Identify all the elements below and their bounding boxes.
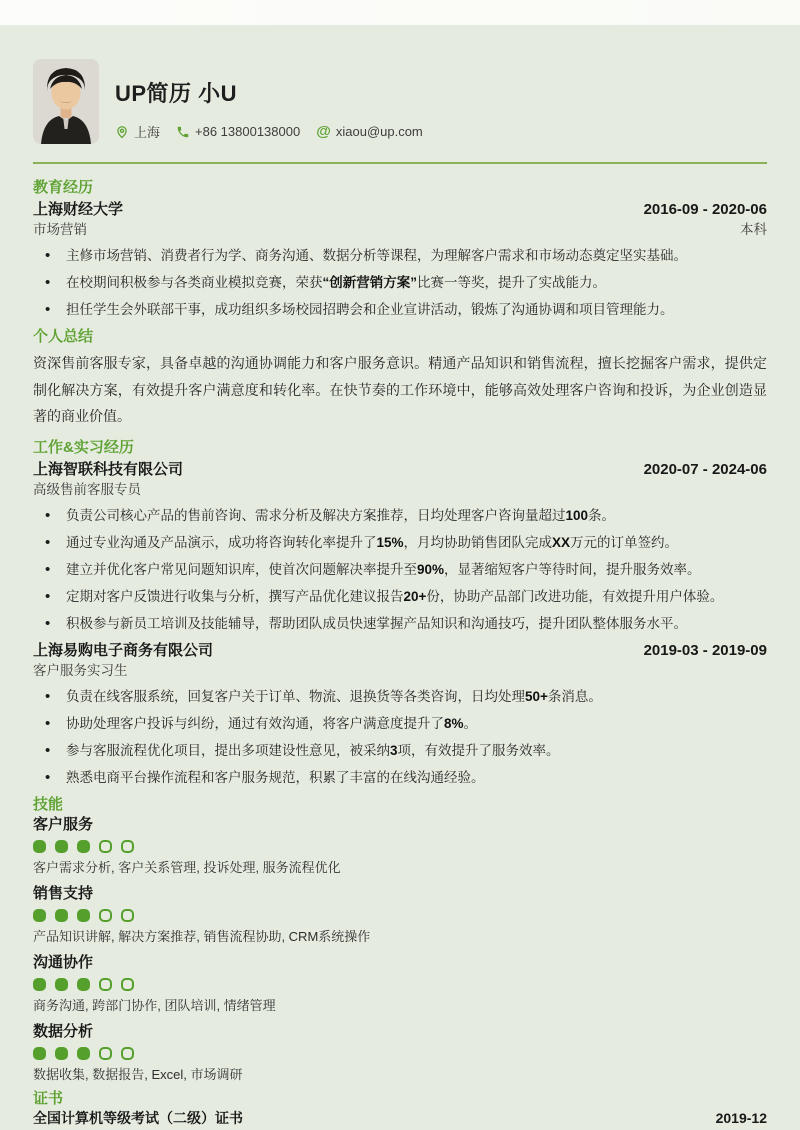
bullet-item: 建立并优化客户常见问题知识库，使首次问题解决率提升至90%，显著缩短客户等待时间… xyxy=(33,560,767,579)
skill-dot-filled xyxy=(33,1047,46,1060)
education-dates: 2016-09 - 2020-06 xyxy=(644,200,767,219)
bold-seg: XX xyxy=(552,535,570,550)
skill-dot-filled xyxy=(77,1047,90,1060)
phone-text: +86 13800138000 xyxy=(195,124,300,139)
job-dates: 2019-03 - 2019-09 xyxy=(644,641,767,660)
skill-dot-filled xyxy=(33,909,46,922)
section-title-certificates: 证书 xyxy=(33,1090,767,1108)
skill-dot-filled xyxy=(33,978,46,991)
contact-row: 上海 +86 13800138000 @ xiaou@up.com xyxy=(115,122,423,141)
text-seg: 参与客服流程优化项目，提出多项建设性意见，被采纳 xyxy=(66,743,390,758)
phone-icon xyxy=(176,125,190,139)
job-dates: 2020-07 - 2024-06 xyxy=(644,460,767,479)
text-seg: 份，协助产品部门改进功能，有效提升用户体验。 xyxy=(426,589,723,604)
skill-level-indicator xyxy=(33,1047,767,1060)
bold-seg: “创新营销方案” xyxy=(323,275,418,290)
bold-seg: 50+ xyxy=(525,689,548,704)
skill-dot-empty xyxy=(99,909,112,922)
bullet-item: 参与客服流程优化项目，提出多项建设性意见，被采纳3项，有效提升了服务效率。 xyxy=(33,741,767,760)
skill-item: 客户服务 客户需求分析, 客户关系管理, 投诉处理, 服务流程优化 xyxy=(33,816,767,876)
profile-photo-illustration xyxy=(33,59,99,144)
education-entry-row: 上海财经大学 2016-09 - 2020-06 xyxy=(33,200,767,219)
skill-dot-empty xyxy=(121,978,134,991)
text-seg: 建立并优化客户常见问题知识库，使首次问题解决率提升至 xyxy=(66,562,417,577)
text-seg: 负责公司核心产品的售前咨询、需求分析及解决方案推荐，日均处理客户咨询量超过 xyxy=(66,508,566,523)
text-seg: 通过专业沟通及产品演示，成功将咨询转化率提升了 xyxy=(66,535,377,550)
skill-dot-empty xyxy=(99,978,112,991)
bold-seg: 90% xyxy=(417,562,444,577)
certificate-entry: 全国计算机等级考试（二级）证书 2019-12 xyxy=(33,1109,767,1128)
summary-section: 个人总结 资深售前客服专家，具备卓越的沟通协调能力和客户服务意识。精通产品知识和… xyxy=(33,328,767,430)
certificate-name: 全国计算机等级考试（二级）证书 xyxy=(33,1109,243,1128)
skill-dot-filled xyxy=(55,909,68,922)
text-seg: 负责在线客服系统，回复客户关于订单、物流、退换货等各类咨询，日均处理 xyxy=(66,689,525,704)
skill-dot-empty xyxy=(121,909,134,922)
text-seg: 协助处理客户投诉与纠纷，通过有效沟通，将客户满意度提升了 xyxy=(66,716,444,731)
education-bullets: 主修市场营销、消费者行为学、商务沟通、数据分析等课程，为理解客户需求和市场动态奠… xyxy=(33,246,767,319)
page-top-strip xyxy=(0,0,800,25)
skill-dot-empty xyxy=(99,1047,112,1060)
company-name: 上海智联科技有限公司 xyxy=(33,460,183,479)
text-seg: 担任学生会外联部干事，成功组织多场校园招聘会和企业宣讲活动，锻炼了沟通协调和项目… xyxy=(66,302,674,317)
skill-item: 沟通协作 商务沟通, 跨部门协作, 团队培训, 情绪管理 xyxy=(33,954,767,1014)
bold-seg: 8% xyxy=(444,716,464,731)
text-seg: 主修市场营销、消费者行为学、商务沟通、数据分析等课程，为理解客户需求和市场动态奠… xyxy=(66,248,687,263)
skill-dot-empty xyxy=(121,840,134,853)
education-sub-row: 市场营销 本科 xyxy=(33,221,767,238)
skill-keywords: 数据收集, 数据报告, Excel, 市场调研 xyxy=(33,1066,767,1083)
skill-dot-empty xyxy=(121,1047,134,1060)
resume-page: UP简历 小U 上海 xyxy=(0,59,800,1128)
experience-section: 工作&实习经历 上海智联科技有限公司 2020-07 - 2024-06 高级售… xyxy=(33,439,767,787)
header-text-block: UP简历 小U 上海 xyxy=(115,59,423,141)
skill-dot-filled xyxy=(77,909,90,922)
job-entry-row: 上海智联科技有限公司 2020-07 - 2024-06 xyxy=(33,460,767,479)
header-divider xyxy=(33,162,767,164)
skill-level-indicator xyxy=(33,909,767,922)
skill-item: 销售支持 产品知识讲解, 解决方案推荐, 销售流程协助, CRM系统操作 xyxy=(33,885,767,945)
bold-seg: 100 xyxy=(566,508,589,523)
bold-seg: 15% xyxy=(377,535,404,550)
skill-name: 客户服务 xyxy=(33,816,767,834)
skill-keywords: 客户需求分析, 客户关系管理, 投诉处理, 服务流程优化 xyxy=(33,859,767,876)
job-bullets: 负责在线客服系统，回复客户关于订单、物流、退换货等各类咨询，日均处理50+条消息… xyxy=(33,687,767,787)
section-title-summary: 个人总结 xyxy=(33,328,767,346)
school-name: 上海财经大学 xyxy=(33,200,123,219)
skills-section: 技能 客户服务 客户需求分析, 客户关系管理, 投诉处理, 服务流程优化 销售支… xyxy=(33,796,767,1083)
skill-dot-filled xyxy=(55,1047,68,1060)
skill-item: 数据分析 数据收集, 数据报告, Excel, 市场调研 xyxy=(33,1023,767,1083)
skill-dot-empty xyxy=(99,840,112,853)
bullet-item: 负责公司核心产品的售前咨询、需求分析及解决方案推荐，日均处理客户咨询量超过100… xyxy=(33,506,767,525)
section-title-education: 教育经历 xyxy=(33,179,767,197)
skill-dot-filled xyxy=(77,840,90,853)
location-text: 上海 xyxy=(134,122,160,141)
skill-level-indicator xyxy=(33,840,767,853)
company-name: 上海易购电子商务有限公司 xyxy=(33,641,213,660)
job-role: 高级售前客服专员 xyxy=(33,481,767,498)
resume-header: UP简历 小U 上海 xyxy=(33,59,767,144)
bullet-item: 协助处理客户投诉与纠纷，通过有效沟通，将客户满意度提升了8%。 xyxy=(33,714,767,733)
contact-phone: +86 13800138000 xyxy=(176,124,300,139)
text-seg: 熟悉电商平台操作流程和客户服务规范，积累了丰富的在线沟通经验。 xyxy=(66,770,485,785)
major: 市场营销 xyxy=(33,221,87,238)
bullet-item: 积极参与新员工培训及技能辅导，帮助团队成员快速掌握产品知识和沟通技巧，提升团队整… xyxy=(33,614,767,633)
contact-email: @ xiaou@up.com xyxy=(316,124,423,139)
skill-name: 销售支持 xyxy=(33,885,767,903)
job-entry-row: 上海易购电子商务有限公司 2019-03 - 2019-09 xyxy=(33,641,767,660)
bullet-item: 在校期间积极参与各类商业模拟竞赛，荣获“创新营销方案”比赛一等奖，提升了实战能力… xyxy=(33,273,767,292)
pin-icon xyxy=(115,125,129,139)
certificate-date: 2019-12 xyxy=(716,1109,767,1128)
section-title-skills: 技能 xyxy=(33,796,767,814)
skill-dot-filled xyxy=(55,978,68,991)
skill-dot-filled xyxy=(55,840,68,853)
skill-dot-filled xyxy=(77,978,90,991)
bullet-item: 通过专业沟通及产品演示，成功将咨询转化率提升了15%，月均协助销售团队完成XX万… xyxy=(33,533,767,552)
section-title-experience: 工作&实习经历 xyxy=(33,439,767,457)
job-entry: 上海智联科技有限公司 2020-07 - 2024-06 高级售前客服专员 负责… xyxy=(33,460,767,633)
skill-keywords: 产品知识讲解, 解决方案推荐, 销售流程协助, CRM系统操作 xyxy=(33,928,767,945)
text-seg: 条。 xyxy=(588,508,615,523)
skill-dot-filled xyxy=(33,840,46,853)
degree: 本科 xyxy=(740,221,767,238)
job-entry: 上海易购电子商务有限公司 2019-03 - 2019-09 客户服务实习生 负… xyxy=(33,641,767,787)
certificates-section: 证书 全国计算机等级考试（二级）证书 2019-12 xyxy=(33,1090,767,1128)
bullet-item: 主修市场营销、消费者行为学、商务沟通、数据分析等课程，为理解客户需求和市场动态奠… xyxy=(33,246,767,265)
bullet-item: 定期对客户反馈进行收集与分析，撰写产品优化建议报告20+份，协助产品部门改进功能… xyxy=(33,587,767,606)
education-section: 教育经历 上海财经大学 2016-09 - 2020-06 市场营销 本科 主修… xyxy=(33,179,767,319)
candidate-name: UP简历 小U xyxy=(115,77,423,108)
bullet-item: 担任学生会外联部干事，成功组织多场校园招聘会和企业宣讲活动，锻炼了沟通协调和项目… xyxy=(33,300,767,319)
text-seg: 比赛一等奖，提升了实战能力。 xyxy=(417,275,606,290)
text-seg: 万元的订单签约。 xyxy=(570,535,678,550)
contact-location: 上海 xyxy=(115,122,160,141)
text-seg: 条消息。 xyxy=(548,689,602,704)
bold-seg: 20+ xyxy=(404,589,427,604)
skill-keywords: 商务沟通, 跨部门协作, 团队培训, 情绪管理 xyxy=(33,997,767,1014)
bullet-item: 负责在线客服系统，回复客户关于订单、物流、退换货等各类咨询，日均处理50+条消息… xyxy=(33,687,767,706)
text-seg: ，月均协助销售团队完成 xyxy=(404,535,553,550)
profile-photo xyxy=(33,59,99,144)
skill-name: 数据分析 xyxy=(33,1023,767,1041)
bullet-item: 熟悉电商平台操作流程和客户服务规范，积累了丰富的在线沟通经验。 xyxy=(33,768,767,787)
email-text: xiaou@up.com xyxy=(336,124,423,139)
summary-text: 资深售前客服专家，具备卓越的沟通协调能力和客户服务意识。精通产品知识和销售流程，… xyxy=(33,350,767,430)
bold-seg: 3 xyxy=(390,743,398,758)
job-bullets: 负责公司核心产品的售前咨询、需求分析及解决方案推荐，日均处理客户咨询量超过100… xyxy=(33,506,767,633)
skill-name: 沟通协作 xyxy=(33,954,767,972)
text-seg: 定期对客户反馈进行收集与分析，撰写产品优化建议报告 xyxy=(66,589,404,604)
text-seg: 积极参与新员工培训及技能辅导，帮助团队成员快速掌握产品知识和沟通技巧，提升团队整… xyxy=(66,616,687,631)
text-seg: ，显著缩短客户等待时间，提升服务效率。 xyxy=(444,562,701,577)
text-seg: 。 xyxy=(464,716,478,731)
skill-level-indicator xyxy=(33,978,767,991)
text-seg: 项，有效提升了服务效率。 xyxy=(398,743,560,758)
at-icon: @ xyxy=(316,125,331,139)
job-role: 客户服务实习生 xyxy=(33,662,767,679)
text-seg: 在校期间积极参与各类商业模拟竞赛，荣获 xyxy=(66,275,323,290)
